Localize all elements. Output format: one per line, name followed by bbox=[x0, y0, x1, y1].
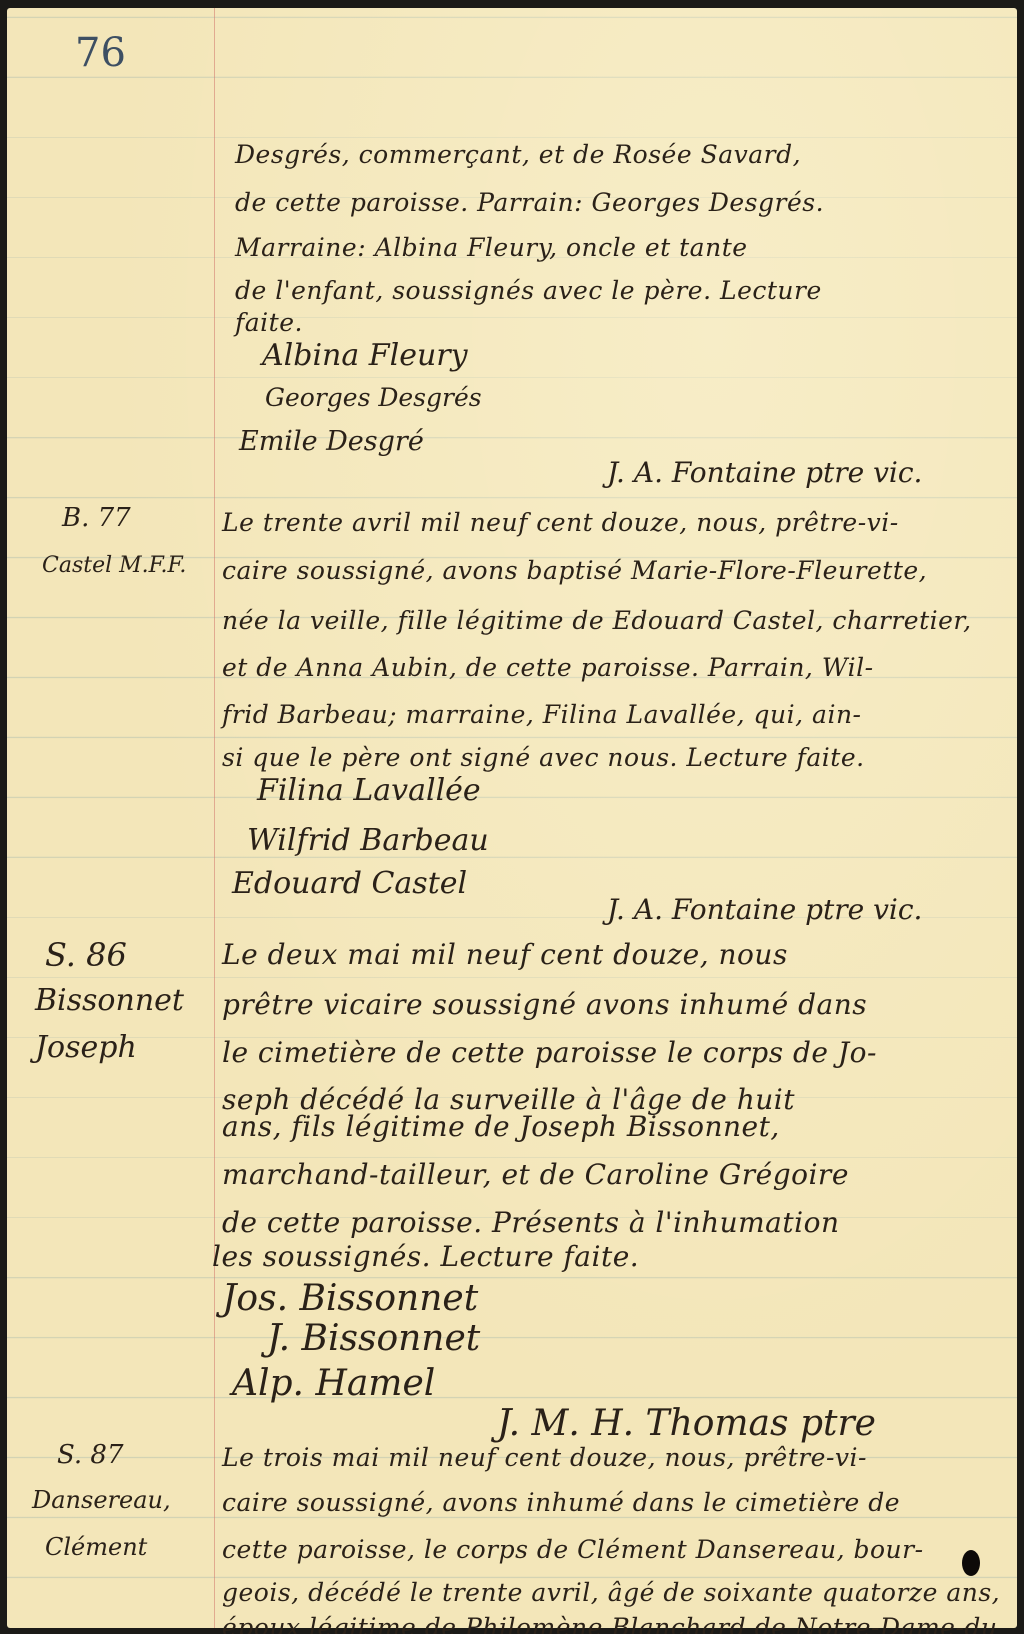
body-line: de cette paroisse. Présents à l'inhumati… bbox=[222, 1206, 839, 1239]
entry-name: Castel M.F.F. bbox=[42, 553, 186, 578]
signature: Wilfrid Barbeau bbox=[247, 823, 489, 858]
body-line: frid Barbeau; marraine, Filina Lavallée,… bbox=[222, 700, 862, 729]
body-line: Marraine: Albina Fleury, oncle et tante bbox=[235, 233, 748, 262]
body-line: née la veille, fille légitime de Edouard… bbox=[222, 606, 972, 635]
signature: Alp. Hamel bbox=[232, 1363, 435, 1404]
signature: J. Bissonnet bbox=[267, 1318, 480, 1359]
signature: Georges Desgrés bbox=[265, 383, 482, 412]
body-line: Le deux mai mil neuf cent douze, nous bbox=[222, 938, 788, 971]
entry-number: S. 86 bbox=[45, 936, 127, 974]
body-line: caire soussigné, avons baptisé Marie-Flo… bbox=[222, 556, 927, 585]
entry-name: Clément bbox=[45, 1533, 147, 1561]
body-line: prêtre vicaire soussigné avons inhumé da… bbox=[222, 988, 867, 1021]
body-line: Le trois mai mil neuf cent douze, nous, … bbox=[222, 1443, 867, 1472]
entry-name: Dansereau, bbox=[32, 1486, 171, 1514]
officiant-signature: J. A. Fontaine ptre vic. bbox=[607, 456, 922, 489]
body-line: caire soussigné, avons inhumé dans le ci… bbox=[222, 1488, 900, 1517]
body-line: et de Anna Aubin, de cette paroisse. Par… bbox=[222, 653, 874, 682]
signature: Edouard Castel bbox=[232, 866, 467, 901]
body-line: cette paroisse, le corps de Clément Dans… bbox=[222, 1535, 924, 1564]
body-line: faite. bbox=[235, 308, 303, 337]
body-line: le cimetière de cette paroisse le corps … bbox=[222, 1036, 877, 1069]
signature: Emile Desgré bbox=[239, 426, 424, 457]
entry-number: S. 87 bbox=[57, 1440, 124, 1470]
entry-name: Bissonnet bbox=[35, 983, 184, 1018]
officiant-signature: J. A. Fontaine ptre vic. bbox=[607, 893, 922, 926]
body-line: de l'enfant, soussignés avec le père. Le… bbox=[235, 276, 822, 305]
register-page: 76 Desgrés, commerçant, et de Rosée Sava… bbox=[7, 8, 1017, 1628]
page-number: 76 bbox=[75, 30, 126, 76]
entry-number: B. 77 bbox=[62, 503, 131, 533]
body-line: ans, fils légitime de Joseph Bissonnet, bbox=[222, 1110, 780, 1143]
margin-rule bbox=[214, 8, 215, 1628]
entry-name: Joseph bbox=[35, 1030, 137, 1065]
signature: Filina Lavallée bbox=[257, 773, 481, 808]
body-line: époux légitime de Philomène Blanchard de… bbox=[222, 1613, 998, 1634]
body-line: si que le père ont signé avec nous. Lect… bbox=[222, 743, 865, 772]
officiant-signature: J. M. H. Thomas ptre bbox=[497, 1403, 876, 1444]
body-line: de cette paroisse. Parrain: Georges Desg… bbox=[235, 188, 824, 217]
body-line: geois, décédé le trente avril, âgé de so… bbox=[222, 1578, 1000, 1607]
signature: Jos. Bissonnet bbox=[222, 1278, 478, 1319]
body-line: marchand-tailleur, et de Caroline Grégoi… bbox=[222, 1158, 849, 1191]
ink-blot bbox=[962, 1550, 980, 1576]
signature: Albina Fleury bbox=[262, 338, 468, 373]
body-line: Le trente avril mil neuf cent douze, nou… bbox=[222, 508, 899, 537]
body-line: Desgrés, commerçant, et de Rosée Savard, bbox=[235, 140, 801, 169]
body-line: les soussignés. Lecture faite. bbox=[212, 1240, 639, 1273]
